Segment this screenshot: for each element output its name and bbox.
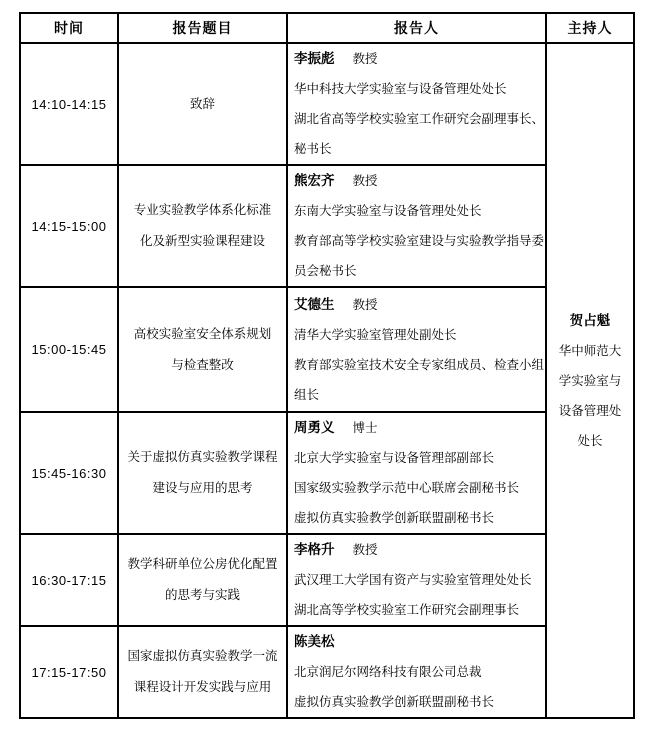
host-cell: 贺占魁 华中师范大 学实验室与 设备管理处 处长 [546,43,634,718]
speaker-affiliation-line: 湖北省高等学校实验室工作研究会副理事长、 [294,104,543,134]
speaker-affiliation-line: 虚拟仿真实验教学创新联盟副秘书长 [294,687,543,717]
topic-line: 国家虚拟仿真实验教学一流 [121,641,284,672]
time-cell: 16:30-17:15 [20,534,118,626]
time-cell: 14:10-14:15 [20,43,118,165]
speaker-affiliation-line: 北京润尼尔网络科技有限公司总裁 [294,657,543,687]
speaker-name-line: 李振彪教授 [294,44,543,74]
topic-line: 课程设计开发实践与应用 [121,672,284,703]
topic-line: 关于虚拟仿真实验教学课程 [121,442,284,473]
table-row: 17:15-17:50 国家虚拟仿真实验教学一流 课程设计开发实践与应用 陈美松… [20,626,634,718]
speaker-affiliation-line: 虚拟仿真实验教学创新联盟副秘书长 [294,503,543,533]
speaker-affiliation-line: 国家级实验教学示范中心联席会副秘书长 [294,473,543,503]
topic-cell: 致辞 [118,43,287,165]
speaker-affiliation-line: 组长 [294,380,543,410]
speaker-title: 教授 [353,52,378,66]
host-affiliation-line: 华中师范大 [549,336,631,366]
speaker-name: 熊宏齐 [294,173,335,188]
speaker-affiliation-line: 教育部高等学校实验室建设与实验教学指导委 [294,226,543,256]
column-header-host: 主持人 [546,13,634,43]
speaker-name: 李振彪 [294,51,335,66]
host-affiliation-line: 学实验室与 [549,366,631,396]
speaker-affiliation-line: 秘书长 [294,134,543,164]
speaker-name: 李格升 [294,542,335,557]
speaker-name: 艾德生 [294,297,335,312]
speaker-name-line: 陈美松 [294,627,543,657]
topic-line: 与检查整改 [121,350,284,381]
speaker-cell: 熊宏齐教授 东南大学实验室与设备管理处处长 教育部高等学校实验室建设与实验教学指… [287,165,546,287]
speaker-name-line: 艾德生教授 [294,290,543,320]
speaker-cell: 周勇义博士 北京大学实验室与设备管理部副部长 国家级实验教学示范中心联席会副秘书… [287,412,546,534]
host-affiliation-line: 处长 [549,426,631,456]
host-affiliation-line: 设备管理处 [549,396,631,426]
speaker-affiliation-line: 武汉理工大学国有资产与实验室管理处处长 [294,565,543,595]
speaker-affiliation-line: 东南大学实验室与设备管理处处长 [294,196,543,226]
speaker-affiliation-line: 清华大学实验室管理处副处长 [294,320,543,350]
header-row: 时间 报告题目 报告人 主持人 [20,13,634,43]
speaker-affiliation-line: 北京大学实验室与设备管理部副部长 [294,443,543,473]
column-header-time: 时间 [20,13,118,43]
time-cell: 15:00-15:45 [20,287,118,412]
topic-line: 的思考与实践 [121,580,284,611]
time-cell: 17:15-17:50 [20,626,118,718]
speaker-cell: 陈美松 北京润尼尔网络科技有限公司总裁 虚拟仿真实验教学创新联盟副秘书长 [287,626,546,718]
topic-cell: 关于虚拟仿真实验教学课程 建设与应用的思考 [118,412,287,534]
topic-line: 高校实验室安全体系规划 [121,319,284,350]
speaker-title: 教授 [353,174,378,188]
topic-line: 教学科研单位公房优化配置 [121,549,284,580]
topic-line: 致辞 [121,89,284,120]
speaker-name-line: 李格升教授 [294,535,543,565]
speaker-affiliation-line: 员会秘书长 [294,256,543,286]
schedule-page: 时间 报告题目 报告人 主持人 14:10-14:15 致辞 李振彪教授 华中科… [0,0,655,730]
speaker-name: 周勇义 [294,420,335,435]
column-header-speaker: 报告人 [287,13,546,43]
topic-cell: 高校实验室安全体系规划 与检查整改 [118,287,287,412]
table-row: 14:10-14:15 致辞 李振彪教授 华中科技大学实验室与设备管理处处长 湖… [20,43,634,165]
speaker-affiliation-line: 教育部实验室技术安全专家组成员、检查小组 [294,350,543,380]
topic-cell: 专业实验教学体系化标准 化及新型实验课程建设 [118,165,287,287]
speaker-cell: 艾德生教授 清华大学实验室管理处副处长 教育部实验室技术安全专家组成员、检查小组… [287,287,546,412]
speaker-cell: 李格升教授 武汉理工大学国有资产与实验室管理处处长 湖北高等学校实验室工作研究会… [287,534,546,626]
speaker-title: 教授 [353,298,378,312]
speaker-name: 陈美松 [294,634,335,649]
time-cell: 15:45-16:30 [20,412,118,534]
column-header-topic: 报告题目 [118,13,287,43]
schedule-table: 时间 报告题目 报告人 主持人 14:10-14:15 致辞 李振彪教授 华中科… [19,12,635,719]
table-row: 15:45-16:30 关于虚拟仿真实验教学课程 建设与应用的思考 周勇义博士 … [20,412,634,534]
table-row: 16:30-17:15 教学科研单位公房优化配置 的思考与实践 李格升教授 武汉… [20,534,634,626]
host-name: 贺占魁 [549,306,631,336]
topic-cell: 国家虚拟仿真实验教学一流 课程设计开发实践与应用 [118,626,287,718]
speaker-affiliation-line: 湖北高等学校实验室工作研究会副理事长 [294,595,543,625]
topic-line: 化及新型实验课程建设 [121,226,284,257]
topic-cell: 教学科研单位公房优化配置 的思考与实践 [118,534,287,626]
time-cell: 14:15-15:00 [20,165,118,287]
speaker-cell: 李振彪教授 华中科技大学实验室与设备管理处处长 湖北省高等学校实验室工作研究会副… [287,43,546,165]
speaker-name-line: 熊宏齐教授 [294,166,543,196]
speaker-title: 博士 [353,421,378,435]
topic-line: 专业实验教学体系化标准 [121,195,284,226]
speaker-title: 教授 [353,543,378,557]
speaker-name-line: 周勇义博士 [294,413,543,443]
table-row: 15:00-15:45 高校实验室安全体系规划 与检查整改 艾德生教授 清华大学… [20,287,634,412]
speaker-affiliation-line: 华中科技大学实验室与设备管理处处长 [294,74,543,104]
topic-line: 建设与应用的思考 [121,473,284,504]
table-row: 14:15-15:00 专业实验教学体系化标准 化及新型实验课程建设 熊宏齐教授… [20,165,634,287]
